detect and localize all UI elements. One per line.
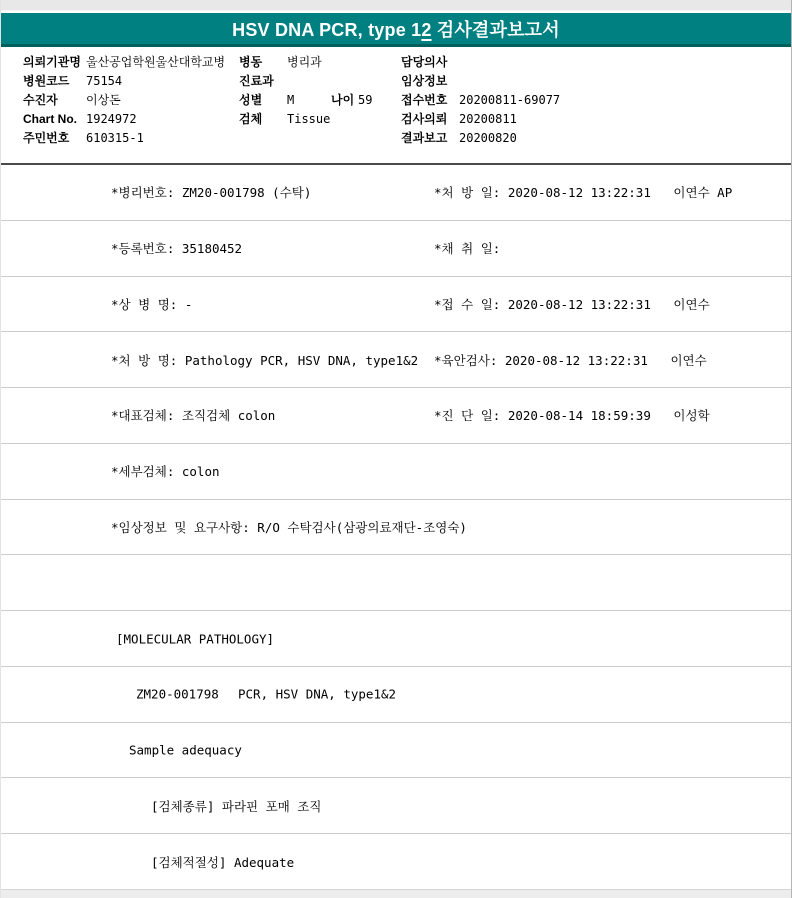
page-title: HSV DNA PCR, type 12 검사결과보고서 xyxy=(232,16,560,42)
registration-number-text: *등록번호: 35180452 xyxy=(111,239,242,257)
report-row-prescription-name: *처 방 명: Pathology PCR, HSV DNA, type1&2 … xyxy=(1,332,791,388)
report-row-representative-specimen: *대표검체: 조직검체 colon *진 단 일: 2020-08-14 18:… xyxy=(1,388,791,444)
specimen-adequacy-text: [검체적절성] Adequate xyxy=(151,853,294,871)
clinical-request-text: *임상정보 및 요구사항: R/O 수탁검사(삼광의료재단-조영숙) xyxy=(111,518,467,536)
age-label: 나이 xyxy=(331,94,354,107)
department-label: 진료과 xyxy=(239,75,274,88)
gross-exam-date-text: *육안검사: 2020-08-12 13:22:31 이연수 xyxy=(434,351,707,369)
receipt-no-value: 20200811-69077 xyxy=(459,94,560,107)
hospital-code-label: 병원코드 xyxy=(23,75,69,88)
page-title-prefix: HSV DNA PCR, type 1 xyxy=(232,20,421,40)
page-title-suffix: 검사결과보고서 xyxy=(432,20,560,40)
diagnosis-date-text: *진 단 일: 2020-08-14 18:59:39 이성학 xyxy=(434,406,710,424)
report-row-sample-adequacy: Sample adequacy xyxy=(1,723,791,779)
report-row-empty xyxy=(1,555,791,611)
doctor-label: 담당의사 xyxy=(401,56,447,69)
requesting-org-value: 울산공업학원울산대학교병 xyxy=(86,56,225,69)
patient-info-section: 의뢰기관명 울산공업학원울산대학교병 병동 병리과 담당의사 병원코드 7515… xyxy=(1,47,791,163)
patient-value: 이상돈 xyxy=(86,94,121,107)
prescription-date-text: *처 방 일: 2020-08-12 13:22:31 이연수 AP xyxy=(434,183,732,201)
prescription-name-text: *처 방 명: Pathology PCR, HSV DNA, type1&2 xyxy=(111,351,418,369)
page-title-underlined: 2 xyxy=(421,20,431,40)
ward-value: 병리과 xyxy=(287,56,322,69)
report-row-specimen-type: [검체종류] 파라핀 포매 조직 xyxy=(1,778,791,834)
ward-label: 병동 xyxy=(239,56,262,69)
request-date-value: 20200811 xyxy=(459,113,517,126)
report-date-value: 20200820 xyxy=(459,132,517,145)
sex-label: 성별 xyxy=(239,94,262,107)
report-page: HSV DNA PCR, type 12 검사결과보고서 의뢰기관명 울산공업학… xyxy=(0,0,792,898)
report-row-test-item: ZM20-001798 PCR, HSV DNA, type1&2 xyxy=(1,667,791,723)
receipt-no-label: 접수번호 xyxy=(401,94,447,107)
molecular-pathology-heading-text: [MOLECULAR PATHOLOGY] xyxy=(116,631,274,646)
pathology-number-text: *병리번호: ZM20-001798 (수탁) xyxy=(111,183,311,201)
specimen-value: Tissue xyxy=(287,113,330,126)
receipt-date-text: *접 수 일: 2020-08-12 13:22:31 이연수 xyxy=(434,295,710,313)
report-title-banner: HSV DNA PCR, type 12 검사결과보고서 xyxy=(1,13,791,47)
report-row-specimen-adequacy: [검체적절성] Adequate xyxy=(1,834,791,889)
request-date-label: 검사의뢰 xyxy=(401,113,447,126)
test-item-name-text: PCR, HSV DNA, type1&2 xyxy=(238,687,396,702)
sample-adequacy-text: Sample adequacy xyxy=(129,743,242,758)
resident-no-value: 610315-1 xyxy=(86,132,144,145)
requesting-org-label: 의뢰기관명 xyxy=(23,56,81,69)
hospital-code-value: 75154 xyxy=(86,75,122,88)
chart-no-value: 1924972 xyxy=(86,113,137,126)
clinical-info-label: 임상정보 xyxy=(401,75,447,88)
resident-no-label: 주민번호 xyxy=(23,132,69,145)
patient-label: 수진자 xyxy=(23,94,58,107)
age-value: 59 xyxy=(358,94,372,107)
collection-date-text: *채 취 일: xyxy=(434,239,500,257)
report-row-pathology-number: *병리번호: ZM20-001798 (수탁) *처 방 일: 2020-08-… xyxy=(1,165,791,221)
sex-value: M xyxy=(287,94,294,107)
report-body: *병리번호: ZM20-001798 (수탁) *처 방 일: 2020-08-… xyxy=(1,165,791,889)
disease-name-text: *상 병 명: - xyxy=(111,295,192,313)
representative-specimen-text: *대표검체: 조직검체 colon xyxy=(111,406,275,424)
top-strip xyxy=(1,0,791,11)
specimen-label: 검체 xyxy=(239,113,262,126)
specimen-type-text: [검체종류] 파라핀 포매 조직 xyxy=(151,797,321,815)
report-row-registration-number: *등록번호: 35180452 *채 취 일: xyxy=(1,221,791,277)
report-date-label: 결과보고 xyxy=(401,132,447,145)
section-heading-molecular-pathology: [MOLECULAR PATHOLOGY] xyxy=(1,611,791,667)
report-row-disease-name: *상 병 명: - *접 수 일: 2020-08-12 13:22:31 이연… xyxy=(1,277,791,333)
chart-no-label: Chart No. xyxy=(23,113,77,126)
report-row-detail-specimen: *세부검체: colon xyxy=(1,444,791,500)
bottom-strip xyxy=(1,889,791,898)
detail-specimen-text: *세부검체: colon xyxy=(111,462,220,480)
report-row-clinical-request: *임상정보 및 요구사항: R/O 수탁검사(삼광의료재단-조영숙) xyxy=(1,500,791,556)
test-item-id-text: ZM20-001798 xyxy=(136,687,219,702)
